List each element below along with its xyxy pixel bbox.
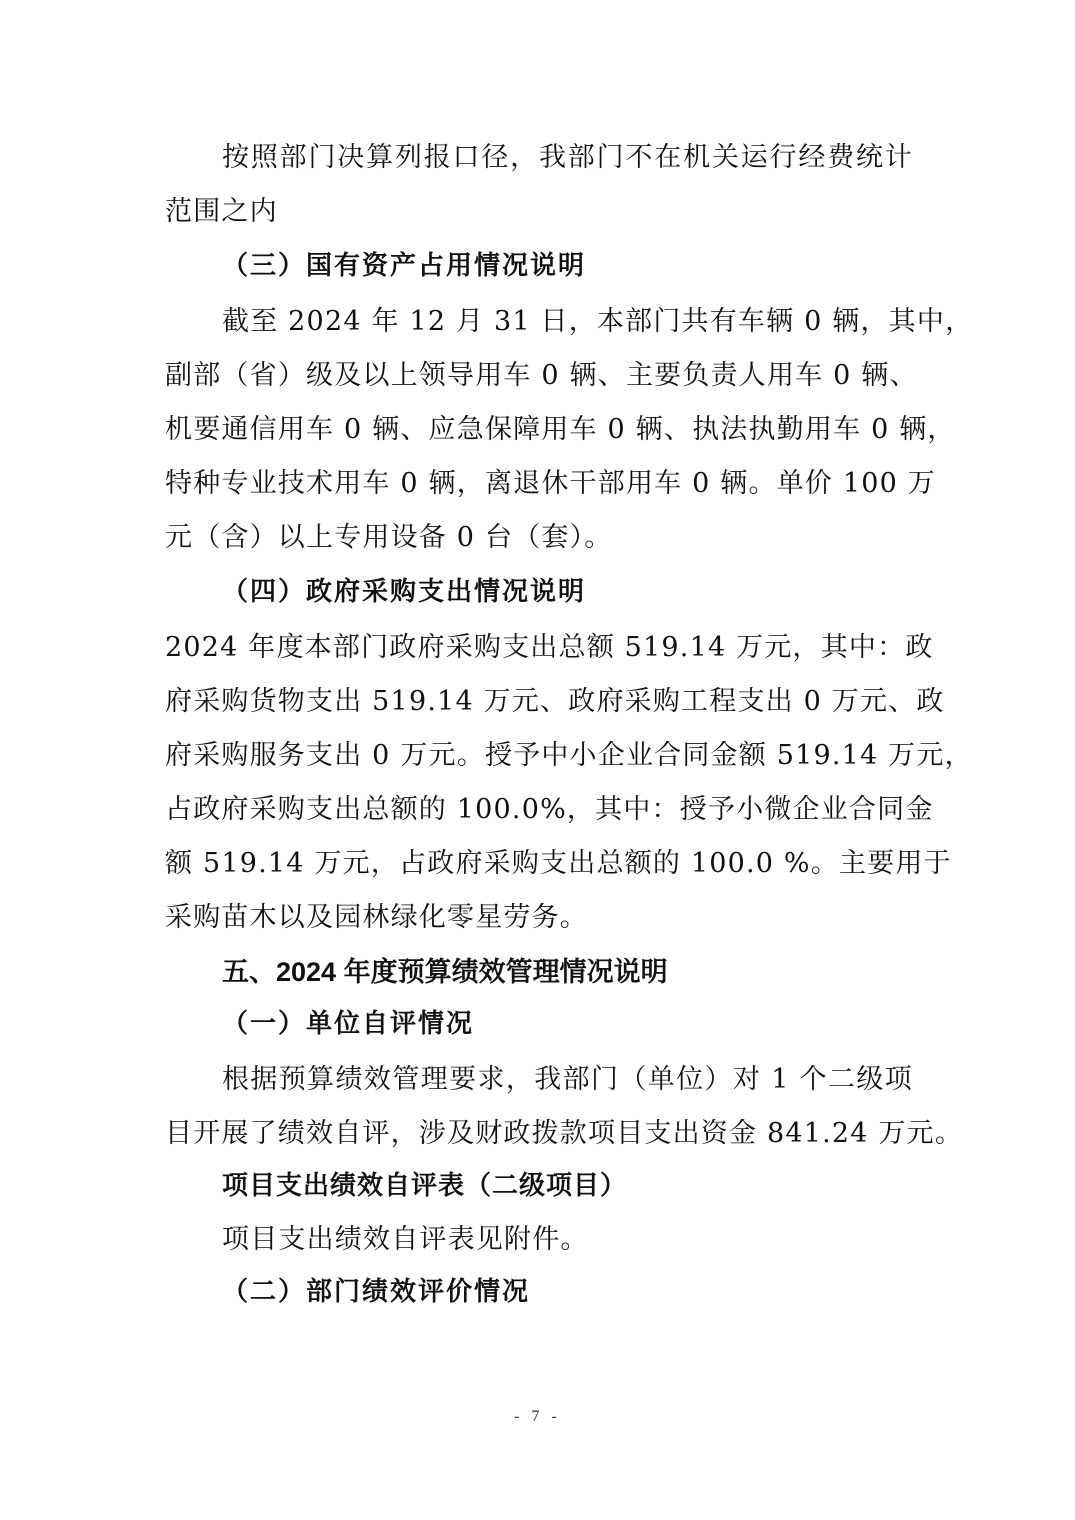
page-number: - 7 - [0, 1408, 1075, 1426]
paragraph-line: 府采购服务支出 0 万元。授予中小企业合同金额 519.14 万元， [165, 736, 913, 776]
paragraph-line: 采购苗木以及园林绿化零星劳务。 [165, 898, 913, 938]
paragraph-line: 按照部门决算列报口径，我部门不在机关运行经费统计 [222, 138, 913, 178]
section-subheading-self-evaluation: （一）单位自评情况 [222, 1004, 913, 1044]
section-subheading-state-assets: （三）国有资产占用情况说明 [222, 246, 913, 286]
paragraph-line: 占政府采购支出总额的 100.0%，其中：授予小微企业合同金 [165, 790, 913, 830]
paragraph-line: 副部（省）级及以上领导用车 0 辆、主要负责人用车 0 辆、 [165, 356, 913, 396]
section-subheading-procurement: （四）政府采购支出情况说明 [222, 572, 913, 612]
paragraph-line: 项目支出绩效自评表见附件。 [222, 1220, 913, 1260]
table-title-project-self-evaluation: 项目支出绩效自评表（二级项目） [222, 1166, 913, 1206]
paragraph-line: 范围之内 [165, 192, 913, 232]
paragraph-line: 府采购货物支出 519.14 万元、政府采购工程支出 0 万元、政 [165, 682, 913, 722]
paragraph-line: 特种专业技术用车 0 辆，离退休干部用车 0 辆。单价 100 万 [165, 464, 913, 504]
paragraph-line: 目开展了绩效自评，涉及财政拨款项目支出资金 841.24 万元。 [165, 1114, 913, 1154]
section-heading-performance-management: 五、2024 年度预算绩效管理情况说明 [222, 952, 913, 992]
paragraph-line: 额 519.14 万元，占政府采购支出总额的 100.0 %。主要用于 [165, 844, 913, 884]
paragraph-line: 元（含）以上专用设备 0 台（套）。 [165, 518, 913, 558]
paragraph-line: 根据预算绩效管理要求，我部门（单位）对 1 个二级项 [222, 1060, 913, 1100]
section-subheading-department-evaluation: （二）部门绩效评价情况 [222, 1272, 913, 1312]
paragraph-line: 2024 年度本部门政府采购支出总额 519.14 万元，其中：政 [165, 628, 913, 668]
paragraph-line: 截至 2024 年 12 月 31 日，本部门共有车辆 0 辆，其中， [222, 302, 913, 342]
paragraph-line: 机要通信用车 0 辆、应急保障用车 0 辆、执法执勤用车 0 辆， [165, 410, 913, 450]
